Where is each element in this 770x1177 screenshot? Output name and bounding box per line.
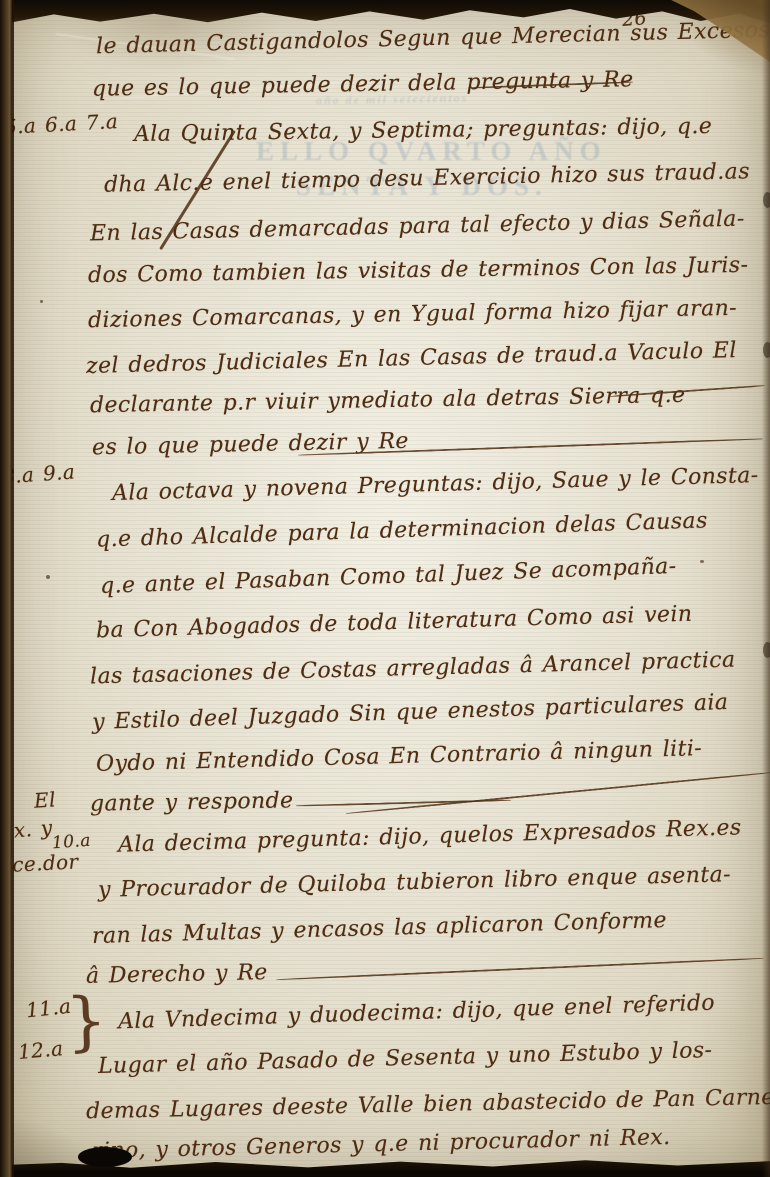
book-binding-edge [0,0,12,1177]
margin-note-q12: 12.a [17,1036,64,1064]
margin-brace: } [65,989,108,1054]
ink-speck [46,575,50,579]
ink-speck [40,300,43,303]
page-edge-right [762,0,770,1177]
edge-nick [763,642,770,658]
shadow-blob-bottom-left [78,1147,132,1167]
manuscript-line: â Derecho y Re [86,960,268,989]
edge-nick [763,342,770,358]
margin-note-q10-el: El [33,787,56,812]
binding-crease-line [12,0,14,1177]
manuscript-line: gante y responde [90,788,294,817]
edge-nick [763,192,770,208]
manuscript-photo: año de mil setecientos ELLO QVARTO AÑO S… [0,0,770,1177]
ink-speck [660,1008,663,1011]
ink-speck [700,560,704,563]
